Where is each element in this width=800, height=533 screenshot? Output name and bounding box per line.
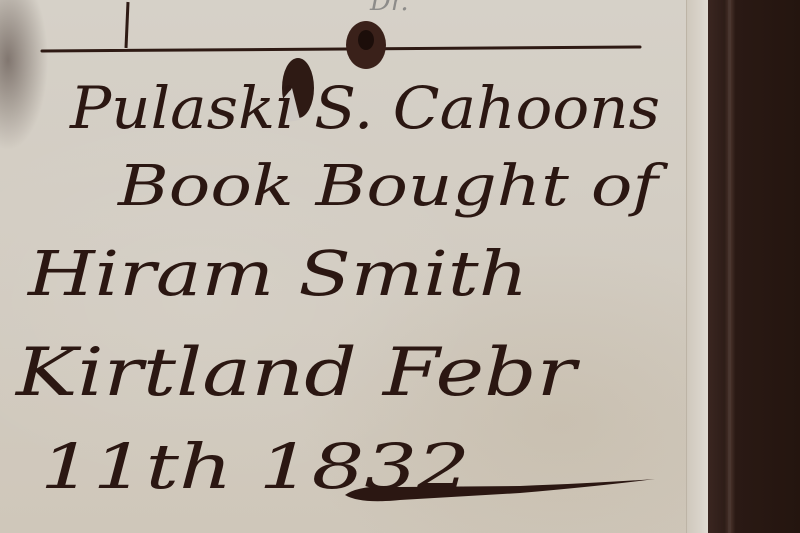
ruled-line — [42, 47, 640, 51]
line-place: Kirtland Febr — [15, 334, 581, 411]
line-book-bought: Book Bought of — [117, 154, 670, 219]
line-seller: Hiram Smith — [27, 237, 528, 310]
ink-layer: Dr. Pulaski S. Cahoons Book Bought of Hi… — [0, 0, 800, 533]
vertical-tick — [126, 2, 128, 48]
ink-blot-core — [358, 30, 374, 50]
line-owner: Pulaski S. Cahoons — [69, 74, 660, 142]
document-photo: Dr. Pulaski S. Cahoons Book Bought of Hi… — [0, 0, 800, 533]
faint-top-text: Dr. — [369, 0, 409, 17]
